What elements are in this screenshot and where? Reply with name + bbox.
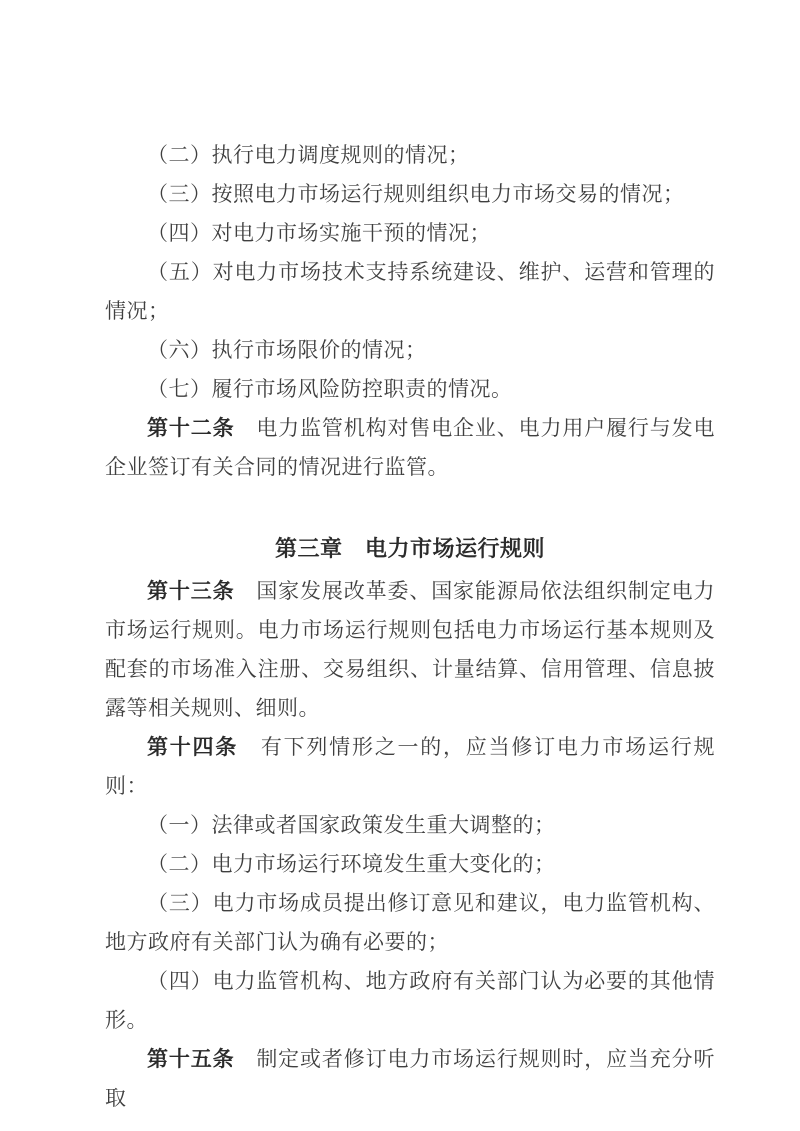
list-item-paragraph: （四）对电力市场实施干预的情况； — [105, 214, 715, 253]
list-item-paragraph: （二）执行电力调度规则的情况； — [105, 136, 715, 175]
chapter-heading: 第三章 电力市场运行规则 — [105, 529, 715, 568]
list-item-paragraph: （三）按照电力市场运行规则组织电力市场交易的情况； — [105, 175, 715, 214]
article-number-label: 第十五条 — [147, 1048, 256, 1071]
article-number-label: 第十二条 — [147, 417, 256, 440]
list-item-paragraph: （一）法律或者国家政策发生重大调整的； — [105, 806, 715, 845]
list-item-paragraph: （二）电力市场运行环境发生重大变化的； — [105, 845, 715, 884]
article-number-label: 第十四条 — [147, 736, 261, 759]
article-paragraph: 第十三条 国家发展改革委、国家能源局依法组织制定电力市场运行规则。电力市场运行规… — [105, 572, 715, 728]
list-item-paragraph: （四）电力监管机构、地方政府有关部门认为必要的其他情形。 — [105, 962, 715, 1040]
article-paragraph: 第十五条 制定或者修订电力市场运行规则时，应当充分听取 — [105, 1040, 715, 1118]
document-page: （二）执行电力调度规则的情况；（三）按照电力市场运行规则组织电力市场交易的情况；… — [0, 0, 800, 1131]
article-number-label: 第十三条 — [147, 580, 256, 603]
article-paragraph: 第十二条 电力监管机构对售电企业、电力用户履行与发电企业签订有关合同的情况进行监… — [105, 409, 715, 487]
document-body: （二）执行电力调度规则的情况；（三）按照电力市场运行规则组织电力市场交易的情况；… — [105, 136, 715, 1118]
list-item-paragraph: （三）电力市场成员提出修订意见和建议，电力监管机构、地方政府有关部门认为确有必要… — [105, 884, 715, 962]
article-paragraph: 第十四条 有下列情形之一的，应当修订电力市场运行规则： — [105, 728, 715, 806]
list-item-paragraph: （六）执行市场限价的情况； — [105, 331, 715, 370]
list-item-paragraph: （五）对电力市场技术支持系统建设、维护、运营和管理的情况； — [105, 253, 715, 331]
list-item-paragraph: （七）履行市场风险防控职责的情况。 — [105, 370, 715, 409]
